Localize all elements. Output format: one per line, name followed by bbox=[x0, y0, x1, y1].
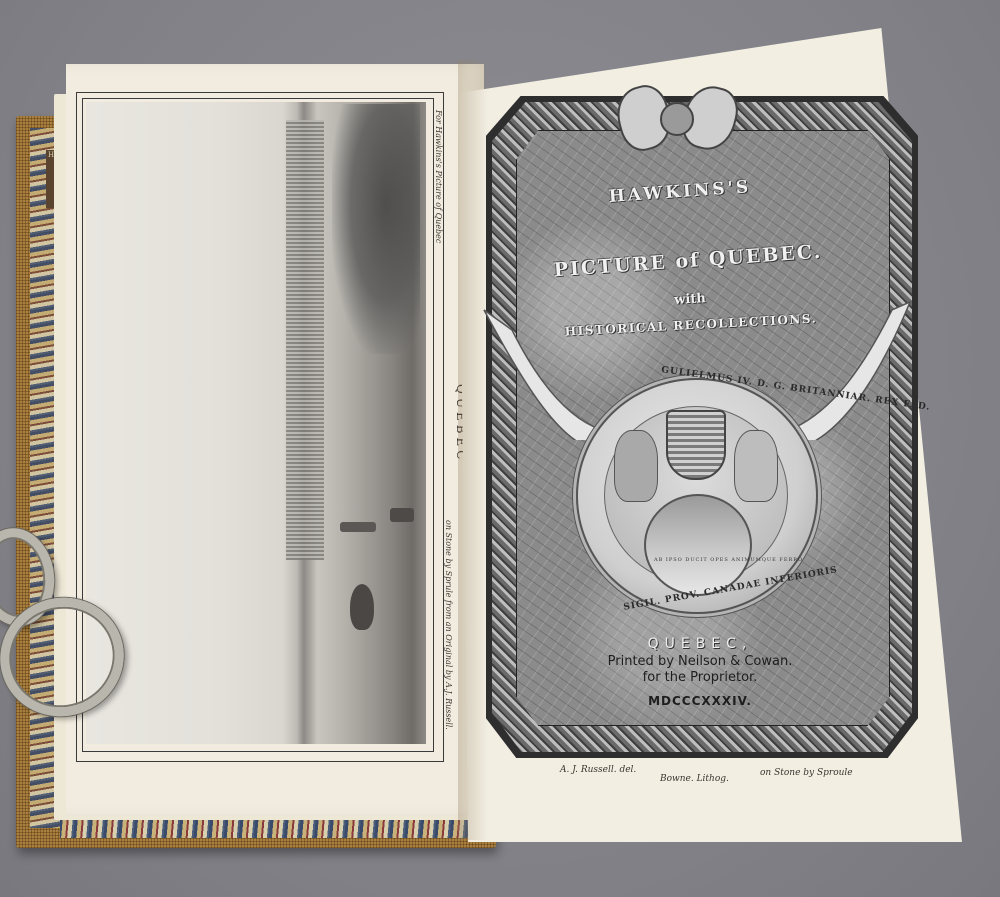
imprint-city: QUEBEC, bbox=[600, 636, 800, 652]
seal-motto: AB IPSO DUCIT OPES ANIMUMQUE FERRO bbox=[654, 556, 740, 564]
imprint-printer: Printed by Neilson & Cowan. bbox=[590, 654, 810, 669]
bow-knot bbox=[660, 102, 694, 136]
plate-caption-top: For Hawkins's Picture of Quebec bbox=[434, 110, 443, 243]
credit-artist: A. J. Russell. del. bbox=[560, 765, 636, 775]
unicorn-supporter-icon bbox=[734, 430, 778, 502]
boat-illustration bbox=[350, 584, 374, 630]
gutter-shadow bbox=[458, 60, 488, 840]
credit-engraver: on Stone by Sproule bbox=[760, 768, 853, 778]
plate-caption-bottom: on Stone by Sprule from an Original by A… bbox=[444, 520, 453, 730]
royal-coat-of-arms-icon bbox=[666, 410, 726, 480]
ribbon-bow-ornament bbox=[616, 82, 736, 162]
city-skyline-illustration bbox=[286, 120, 324, 560]
imprint-for-proprietor: for the Proprietor. bbox=[600, 670, 800, 685]
lion-supporter-icon bbox=[614, 430, 658, 502]
imprint-year: MDCCCXXXIV. bbox=[600, 694, 800, 708]
treeline-illustration bbox=[332, 104, 420, 354]
figures-illustration bbox=[390, 508, 414, 522]
credit-lithographer: Bowne. Lithog. bbox=[660, 774, 729, 784]
harbour-scene-medallion bbox=[644, 494, 752, 596]
figures-illustration bbox=[340, 522, 376, 532]
